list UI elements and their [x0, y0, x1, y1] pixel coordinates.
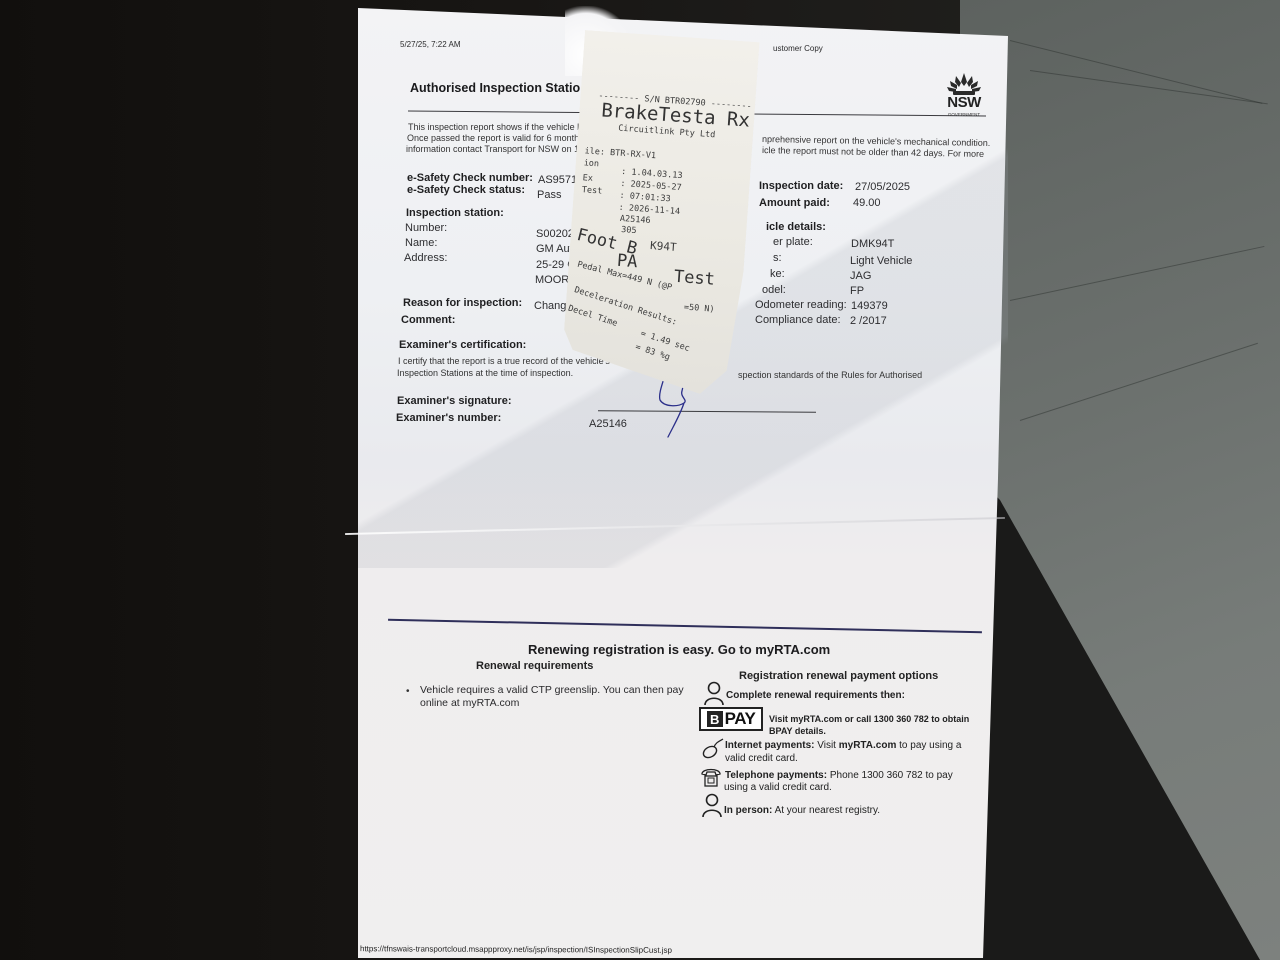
receipt-row-label: ion: [583, 158, 599, 169]
model-value: FP: [850, 285, 864, 297]
nsw-logo-text: NSW: [944, 94, 984, 111]
telephone-icon: [700, 766, 722, 788]
bpay-text-1: Visit myRTA.com or call 1300 360 782 to …: [769, 714, 969, 724]
make-label: ke:: [770, 268, 785, 280]
receipt-test-word: Test: [673, 267, 715, 290]
class-value: Light Vehicle: [850, 255, 912, 267]
signature-label: Examiner's signature:: [397, 395, 512, 407]
receipt-row-value: 305: [621, 225, 637, 236]
inspection-date-value: 27/05/2025: [855, 181, 910, 193]
copy-label: ustomer Copy: [773, 44, 823, 53]
person-icon: [703, 681, 725, 705]
internet-payments-line: Internet payments: Visit myRTA.com to pa…: [725, 740, 961, 751]
page-title: Authorised Inspection Statio: [410, 81, 580, 95]
nsw-government-logo: NSW GOVERNMENT: [944, 72, 984, 128]
receipt-row-label: Ex: [582, 173, 593, 184]
odometer-label: Odometer reading:: [755, 299, 847, 311]
telephone-text-1: Phone 1300 360 782 to pay: [830, 770, 953, 781]
plate-value: DMK94T: [851, 238, 894, 250]
printed-timestamp: 5/27/25, 7:22 AM: [400, 40, 461, 49]
amount-paid-value: 49.00: [853, 197, 881, 209]
model-label: odel:: [762, 284, 786, 296]
footer-url: https://tfnswais-transportcloud.msapppro…: [360, 944, 672, 955]
internet-text-b: to pay using a: [899, 740, 961, 751]
bpay-logo-text: PAY: [725, 709, 756, 729]
certification-line-2: Inspection Stations at the time of inspe…: [397, 368, 573, 379]
esafety-number-label: e-Safety Check number:: [407, 172, 533, 184]
nsw-logo-subtext: GOVERNMENT: [944, 112, 984, 117]
internet-text-2: valid credit card.: [725, 753, 798, 764]
reason-label: Reason for inspection:: [403, 297, 522, 309]
mouse-icon: [700, 738, 724, 760]
make-value: JAG: [850, 270, 871, 282]
station-number-label: Number:: [405, 222, 447, 234]
internet-text-a: Visit: [817, 740, 836, 751]
examiner-number-value: A25146: [589, 418, 627, 430]
station-number-value: S00202: [536, 228, 574, 240]
compliance-date-label: Compliance date:: [755, 314, 841, 326]
amount-paid-label: Amount paid:: [759, 197, 830, 209]
renewal-requirements-heading: Renewal requirements: [476, 660, 593, 672]
internet-link[interactable]: myRTA.com: [839, 740, 897, 751]
intro-line-1: This inspection report shows if the vehi…: [408, 122, 604, 133]
telephone-payments-line: Telephone payments: Phone 1300 360 782 t…: [725, 770, 953, 781]
complete-requirements-text: Complete renewal requirements then:: [726, 690, 905, 701]
esafety-status-value: Pass: [537, 189, 561, 201]
in-person-label: In person:: [724, 805, 772, 816]
certification-line-1-right: spection standards of the Rules for Auth…: [738, 370, 922, 381]
person-icon: [701, 793, 723, 817]
plate-label: er plate:: [773, 236, 813, 248]
in-person-line: In person: At your nearest registry.: [724, 805, 880, 816]
internet-payments-label: Internet payments:: [725, 740, 814, 751]
receipt-decel-time-label: Decel Time: [567, 304, 619, 329]
bpay-logo: B PAY: [699, 707, 763, 731]
odometer-value: 149379: [851, 300, 888, 312]
receipt-row-value: A25146: [620, 214, 651, 226]
bpay-text-2: BPAY details.: [769, 726, 826, 736]
inspection-date-label: Inspection date:: [759, 180, 843, 192]
station-heading: Inspection station:: [406, 207, 504, 219]
receipt-pedal-tail: =50 N): [684, 303, 715, 315]
bullet: •: [406, 686, 410, 697]
receipt-decel-heading: Deceleration Results:: [573, 285, 678, 328]
waratah-icon: [944, 72, 984, 96]
comment-label: Comment:: [401, 314, 455, 326]
intro-line-3: information contact Transport for NSW on…: [406, 144, 604, 155]
receipt-row-label: Test: [581, 185, 602, 196]
esafety-status-label: e-Safety Check status:: [407, 184, 525, 196]
examiner-number-label: Examiner's number:: [396, 412, 501, 424]
compliance-date-value: 2 /2017: [850, 315, 887, 327]
intro-line-2: Once passed the report is valid for 6 mo…: [407, 133, 600, 144]
station-name-label: Name:: [405, 237, 437, 249]
certification-heading: Examiner's certification:: [399, 339, 526, 351]
class-label: s:: [773, 252, 782, 264]
payment-options-heading: Registration renewal payment options: [739, 670, 938, 682]
brake-test-receipt: -------- S/N BTR02790 -------- BrakeTest…: [560, 30, 759, 396]
telephone-payments-label: Telephone payments:: [725, 770, 827, 781]
in-person-text: At your nearest registry.: [775, 805, 880, 816]
bpay-b-icon: B: [707, 711, 723, 727]
telephone-text-2: using a valid credit card.: [724, 782, 832, 793]
renewal-banner: Renewing registration is easy. Go to myR…: [528, 642, 830, 657]
renewal-requirement-item: Vehicle requires a valid CTP greenslip. …: [420, 684, 690, 710]
receipt-row-value: : 07:01:33: [619, 191, 671, 205]
vehicle-details-heading: icle details:: [766, 221, 826, 233]
receipt-plate: K94T: [650, 239, 677, 254]
station-address-label: Address:: [404, 252, 447, 264]
